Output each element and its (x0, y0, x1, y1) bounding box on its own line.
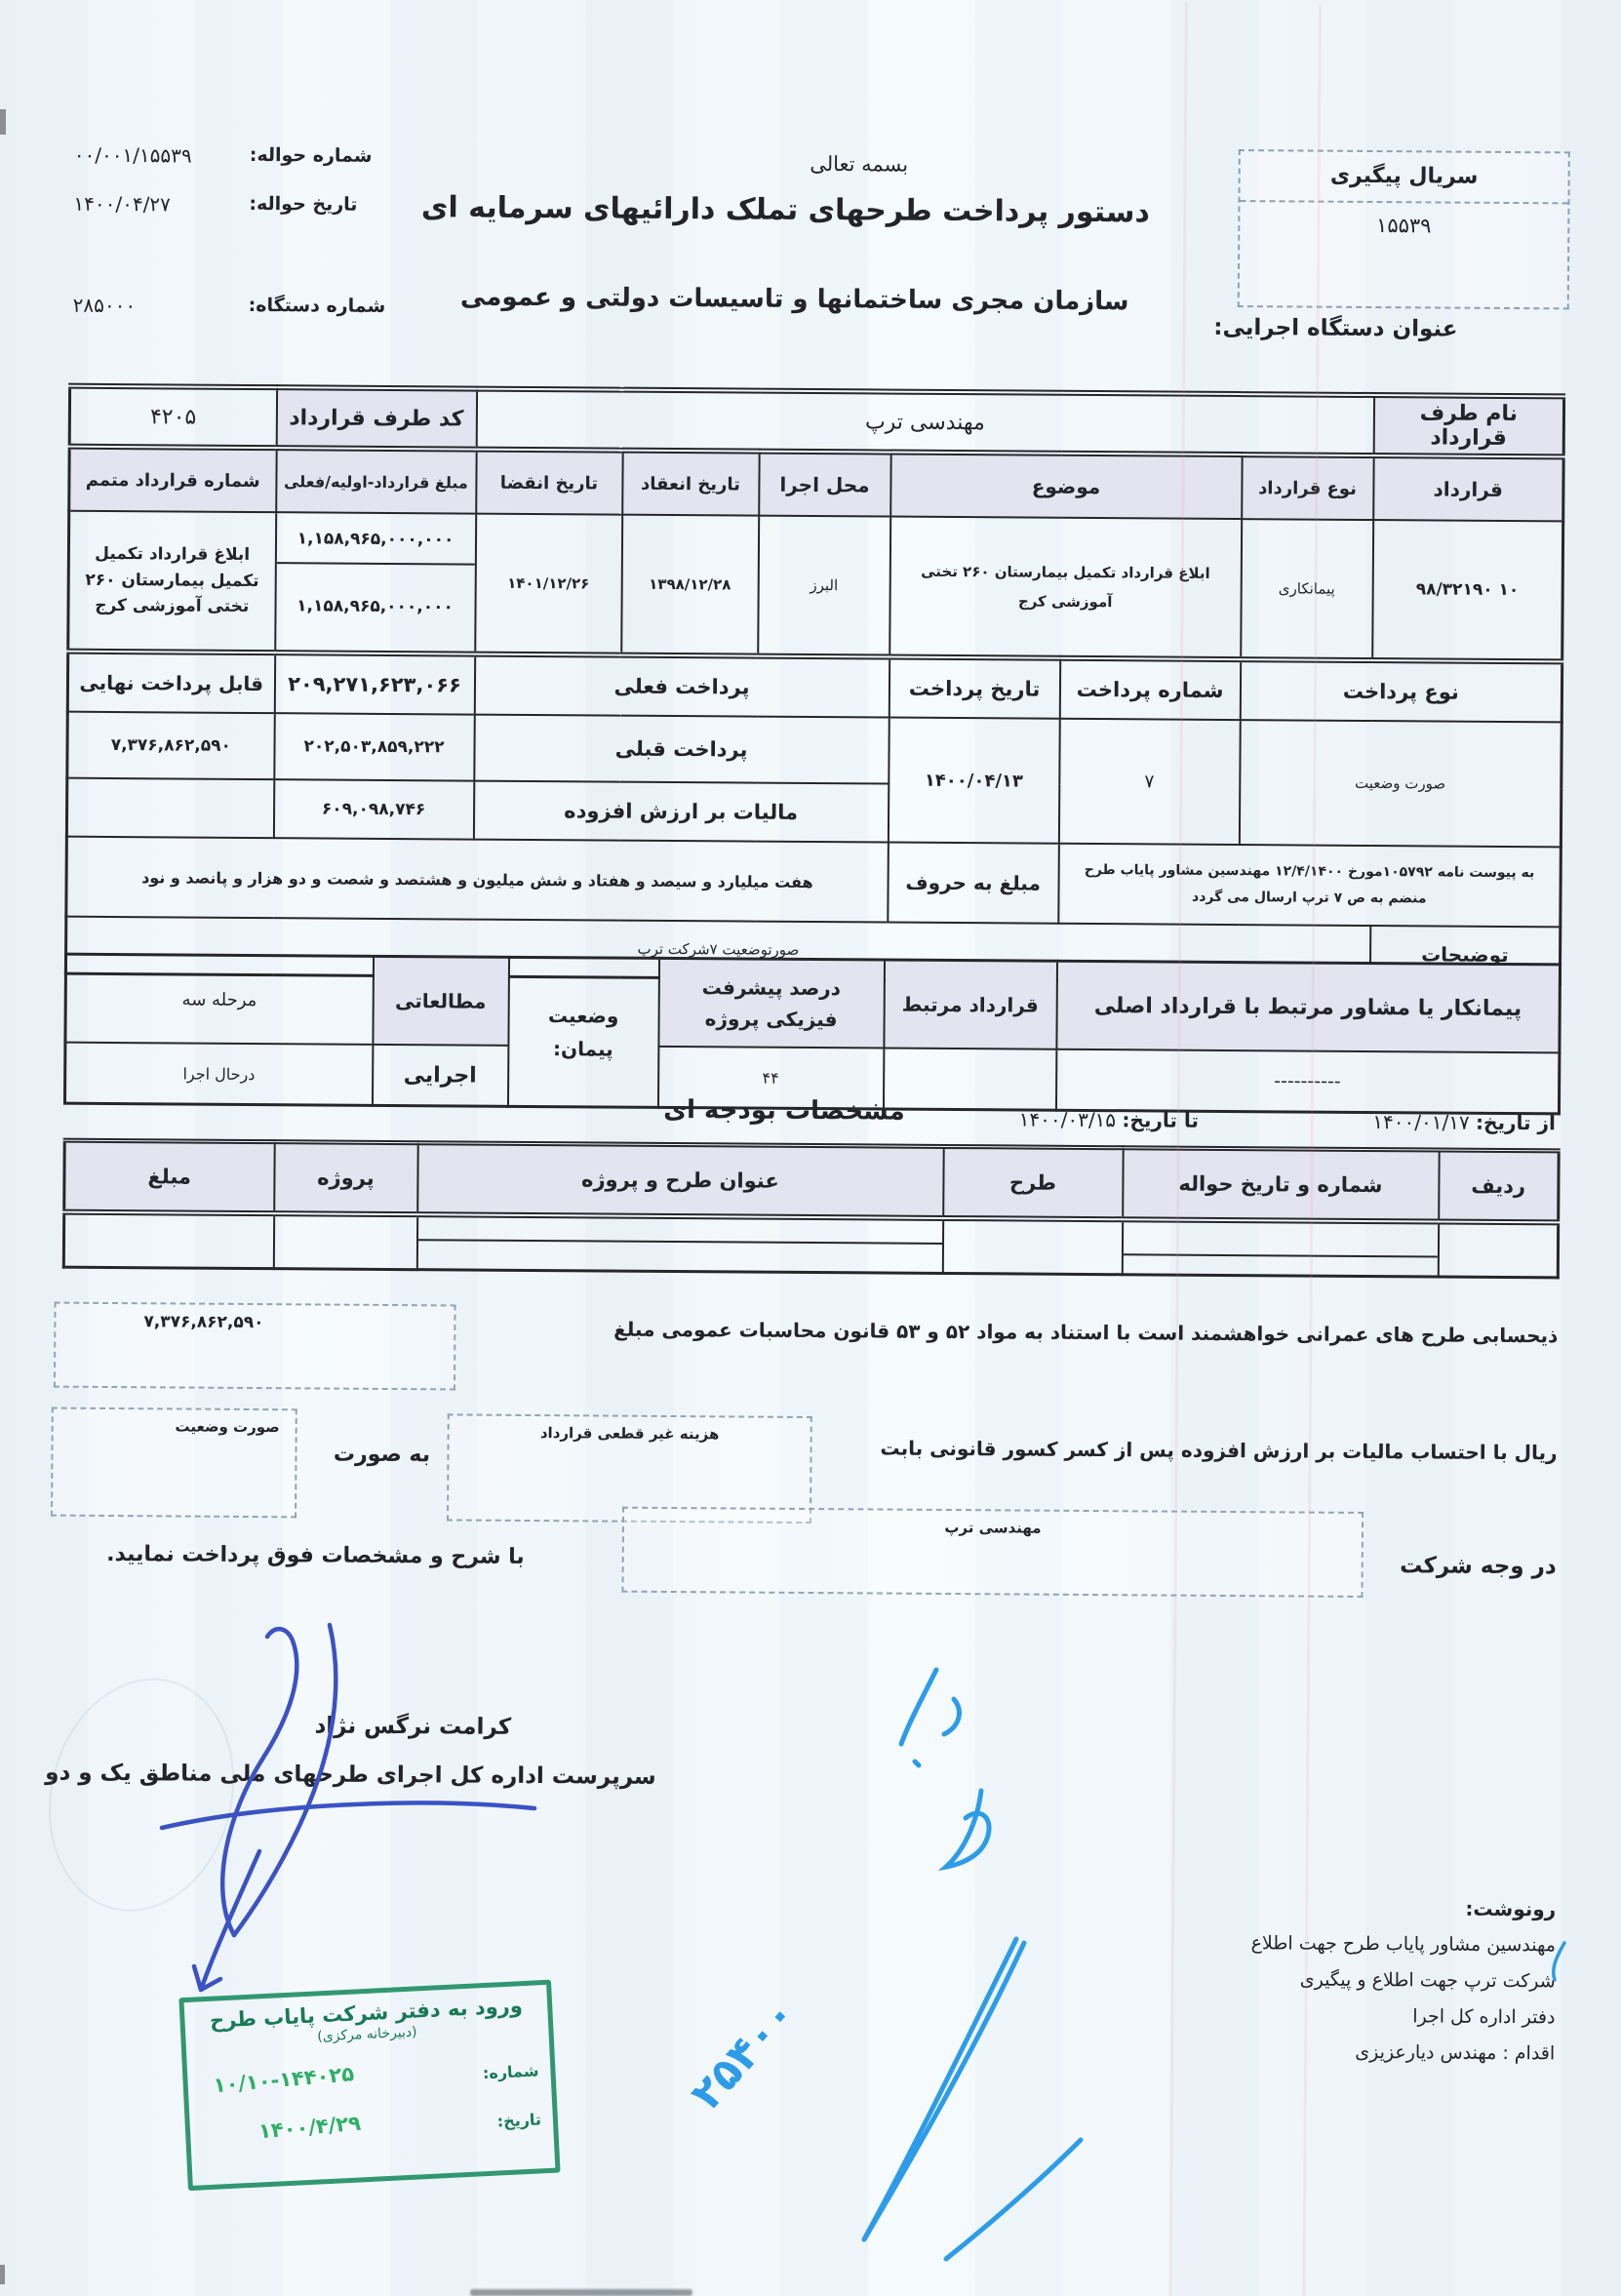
col-header-sign-date: تاریخ انعقاد (622, 451, 759, 516)
statement-box: صورت وضعیت (51, 1407, 297, 1519)
stamp-no-label: شماره: (483, 2061, 539, 2082)
tracking-serial-label: سریال پیگیری (1240, 151, 1567, 204)
related-contractor-label: پیمانکار یا مشاور مرتبط با قرارداد اصلی (1056, 961, 1561, 1052)
edge-mark (0, 109, 6, 135)
party-code-label: کد طرف قرارداد (276, 387, 476, 449)
budget-empty-plan-title (416, 1214, 942, 1273)
contract-sign-date: ۱۳۹۸/۱۲/۲۸ (621, 515, 759, 656)
contract-location: البرز (758, 516, 890, 657)
closing-instruction: با شرح و مشخصات فوق پرداخت نمایید. (84, 1542, 525, 1569)
related-contractor-value: ---------- (1055, 1049, 1559, 1114)
stamp-date-label: تاریخ: (496, 2110, 541, 2130)
budget-empty-project (273, 1213, 416, 1270)
copies-label: رونوشت: (1251, 1895, 1557, 1920)
current-payment-label: پرداخت فعلی (474, 654, 890, 718)
col-header-contract: قرارداد (1373, 455, 1563, 521)
vat-value: ۶۰۹,۰۹۸,۷۴۶ (273, 779, 473, 839)
copies-item-1: مهندسین مشاور پایاب طرح جهت اطلاع (1251, 1932, 1557, 1956)
to-date: تا تاریخ: ۱۴۰۰/۰۳/۱۵ (1019, 1107, 1199, 1131)
contract-number: ۱۰ ۹۸/۳۲۱۹۰ (1372, 520, 1563, 661)
physical-progress-label: درصد پیشرفت فیزیکی پروژه (658, 958, 885, 1048)
empty-cell (66, 778, 273, 838)
amount-box-value: ۷,۳۷۶,۸۶۲,۵۹۰ (143, 1312, 263, 1332)
col-header-location: محل اجرا (759, 452, 890, 517)
havaleh-date-label: تاریخ حواله: (249, 193, 400, 216)
attachment-note: به پیوست نامه ۱۰۵۷۹۲مورخ ۱۲/۴/۱۴۰۰ مهندس… (1058, 844, 1562, 928)
col-header-supplement: شماره قرارداد متمم (69, 447, 276, 512)
party-name-label: نام طرف قرارداد (1373, 395, 1563, 456)
contract-amount-initial: ۱,۱۵۸,۹۶۵,۰۰۰,۰۰۰ (276, 515, 474, 565)
stamp-no-value: ۱۰/۱۰-۱۴۴۰۲۵ (213, 2062, 355, 2097)
expense-type-label: هزینه غیر قطعی قرارداد (450, 1415, 810, 1444)
havaleh-no-value: ۰۰/۰۰۱/۱۵۵۳۹ (74, 143, 238, 168)
payment-no-label: شماره پرداخت (1059, 658, 1240, 720)
contract-expire-date: ۱۴۰۱/۱۲/۲۶ (475, 514, 622, 655)
exec-state-value: اجرایی (372, 1045, 507, 1106)
previous-payment-label: پرداخت قبلی (474, 715, 890, 784)
bismillah-text: بسمه تعالی (689, 151, 1030, 177)
party-name-value: مهندسی ترپ (476, 389, 1373, 455)
col-header-expire-date: تاریخ انقضا (476, 450, 623, 515)
as-form-label: به صورت (318, 1442, 445, 1467)
instruction-line1: ذیحسابی طرح های عمرانی خواهشمند است با ا… (504, 1317, 1558, 1348)
payment-date-value: ۱۴۰۰/۰۴/۱۳ (888, 718, 1059, 844)
payment-date-label: تاریخ پرداخت (889, 657, 1059, 719)
study-state-label: مطالعاتی (373, 956, 509, 1045)
budget-header-row-no: ردیف (1439, 1150, 1560, 1222)
device-no-value: ۲۸۵۰۰۰ (73, 294, 237, 318)
havaleh-no-label: شماره حواله: (250, 144, 401, 167)
phase-label: مرحله سه (65, 954, 374, 1045)
previous-payment-value: ۲۰۲,۵۰۳,۸۵۹,۲۲۲ (274, 713, 474, 780)
signatory-name: کرامت نرگس نژاد (314, 1713, 511, 1739)
budget-header-havaleh: شماره و تاریخ حواله (1123, 1148, 1440, 1222)
contract-status-table: پیمانکار یا مشاور مرتبط با قرارداد اصلی … (63, 953, 1562, 1116)
budget-header-plan: طرح (943, 1146, 1124, 1219)
contract-payment-table: نام طرف قرارداد مهندسی ترپ کد طرف قراردا… (64, 383, 1565, 986)
amount-in-words-label: مبلغ به حروف (888, 843, 1059, 924)
copies-item-3: دفتر اداره کل اجرا (1250, 2004, 1556, 2028)
budget-empty-row-no (1438, 1222, 1558, 1278)
statement-box-label: صورت وضعیت (54, 1409, 296, 1437)
scan-smudge (470, 2289, 692, 2296)
copies-item-4: اقدام : مهندس دیارعزیزی (1250, 2040, 1556, 2064)
from-date-value: ۱۴۰۰/۰۱/۱۷ (1372, 1110, 1470, 1134)
entry-stamp: ورود به دفتر شرکت پایاب طرح (دبیرخانه مر… (178, 1980, 560, 2191)
instruction-line2: ریال با احتساب مالیات بر ارزش افزوده پس … (776, 1436, 1557, 1465)
tracking-serial-value: ۱۵۵۳۹ (1240, 202, 1567, 249)
budget-header-amount: مبلغ (64, 1140, 275, 1213)
edge-mark (0, 2265, 5, 2284)
final-payable-value: ۷,۳۷۶,۸۶۲,۵۹۰ (67, 712, 274, 779)
embossed-seal-watermark (24, 1658, 258, 1932)
stamp-date-value: ۱۴۰۰/۴/۲۹ (257, 2112, 362, 2144)
budget-empty-amount (63, 1212, 273, 1269)
vat-label: مالیات بر ارزش افزوده (473, 781, 888, 843)
phase-value: درحال اجرا (64, 1043, 372, 1106)
payment-order-document: سریال پیگیری ۱۵۵۳۹ بسمه تعالی دستور پردا… (0, 0, 1621, 2296)
budget-empty-plan (942, 1218, 1122, 1275)
related-contract-label: قرارداد مرتبط (884, 960, 1057, 1049)
to-date-value: ۱۴۰۰/۰۳/۱۵ (1019, 1107, 1117, 1131)
payee-box-value: مهندسی ترپ (624, 1509, 1362, 1539)
payee-label: در وجه شرکت (1400, 1553, 1557, 1579)
budget-header-plan-title: عنوان طرح و پروژه (417, 1143, 944, 1218)
budget-empty-havaleh (1122, 1219, 1438, 1277)
document-title: دستور پرداخت طرحهای تملک دارائیهای سرمای… (405, 190, 1166, 229)
contract-type: پیمانکاری (1241, 519, 1373, 660)
copies-block: رونوشت: مهندسین مشاور پایاب طرح جهت اطلا… (1250, 1895, 1557, 2078)
budget-section-title: مشخصات بودجه ای (623, 1095, 945, 1127)
device-no-label: شماره دستگاه: (249, 295, 400, 317)
col-header-contract-type: نوع قرارداد (1242, 455, 1373, 520)
contract-amount-current: ۱,۱۵۸,۹۶۵,۰۰۰,۰۰۰ (276, 564, 475, 649)
from-date-label: از تاریخ: (1476, 1111, 1556, 1135)
pact-state-label: وضعیت پیمان: (507, 957, 658, 1107)
supplement-contract-no: ابلاغ قرارداد تکمیل تکمیل بیمارستان ۲۶۰ … (68, 511, 276, 653)
contract-subject: ابلاغ قرارداد تکمیل بیمارستان ۲۶۰ تختی آ… (890, 517, 1242, 660)
tracking-serial-box: سریال پیگیری ۱۵۵۳۹ (1238, 149, 1570, 309)
payment-no-value: ۷ (1058, 719, 1240, 845)
payment-type-label: نوع پرداخت (1240, 659, 1562, 722)
amount-in-words: هفت میلیارد و سیصد و هفتاد و شش میلیون و… (66, 837, 889, 923)
final-payable-label: قابل پرداخت نهایی (67, 652, 274, 713)
to-date-label: تا تاریخ: (1122, 1108, 1199, 1132)
agency-title-label: عنوان دستگاه اجرایی: (1213, 315, 1457, 342)
payment-type-value: صورت وضعیت (1239, 720, 1562, 847)
payee-box: مهندسی ترپ (621, 1507, 1364, 1598)
party-code-value: ۴۲۰۵ (69, 386, 276, 448)
col-header-amount: مبلغ قرارداد-اولیه/فعلی (276, 448, 476, 513)
budget-header-project: پروژه (274, 1142, 418, 1215)
copies-item-2: شرکت ترپ جهت اطلاع و پیگیری (1250, 1968, 1556, 1992)
current-payment-value: ۲۰۹,۲۷۱,۶۲۳,۰۶۶ (274, 653, 474, 714)
from-date: از تاریخ: ۱۴۰۰/۰۱/۱۷ (1372, 1110, 1556, 1134)
budget-table: ردیف شماره و تاریخ حواله طرح عنوان طرح و… (62, 1138, 1561, 1280)
col-header-subject: موضوع (890, 453, 1242, 520)
executing-org-name: سازمان مجری ساختمانها و تاسیسات دولتی و … (415, 282, 1175, 316)
amount-box: ۷,۳۷۶,۸۶۲,۵۹۰ (54, 1302, 456, 1391)
havaleh-date-value: ۱۴۰۰/۰۴/۲۷ (73, 192, 237, 217)
